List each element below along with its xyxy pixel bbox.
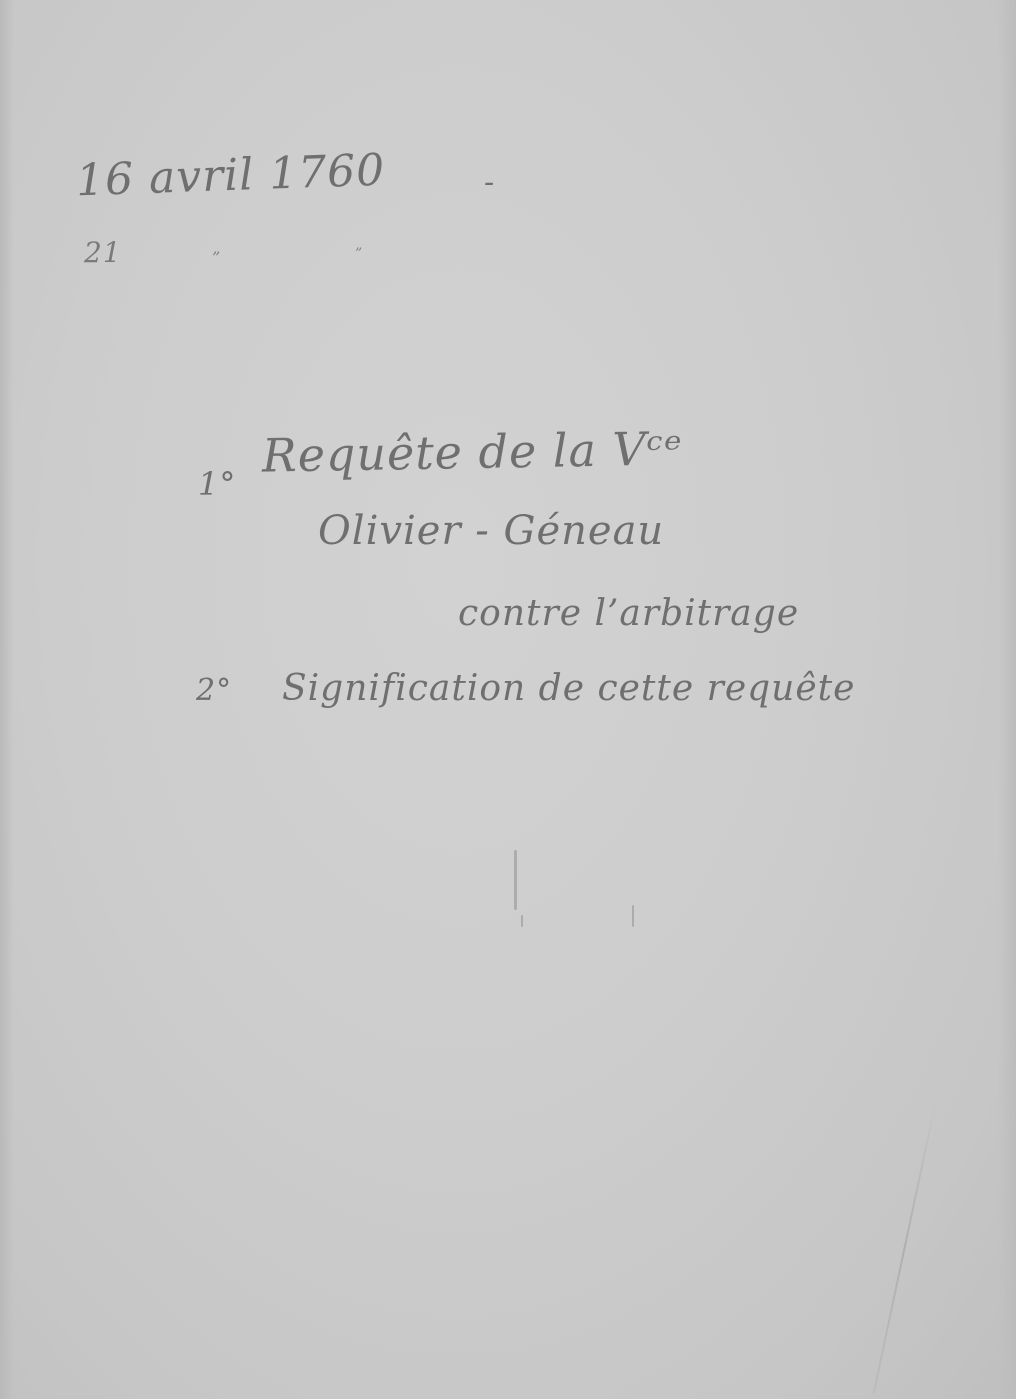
page-edge-shadow-left bbox=[0, 0, 14, 1399]
scanned-page: 16 avril 1760 - 21 ” ” 1° Requête de la … bbox=[0, 0, 1016, 1399]
page-edge-shadow-right bbox=[998, 0, 1016, 1399]
pencil-smudge bbox=[514, 850, 517, 910]
item-1-continuation-2: contre l’arbitrage bbox=[458, 593, 799, 634]
item-2-number: 2° bbox=[196, 673, 232, 708]
date-line-1: 16 avril 1760 bbox=[75, 145, 386, 207]
item-1-continuation: Olivier - Géneau bbox=[318, 508, 664, 554]
ditto-mark-month: ” bbox=[212, 248, 221, 267]
ditto-mark-year: ” bbox=[355, 246, 363, 262]
item-2-text: Signification de cette requête bbox=[282, 668, 855, 709]
item-1-number: 1° bbox=[198, 465, 236, 503]
pencil-smudge bbox=[521, 915, 523, 927]
date-line-2-day: 21 bbox=[84, 236, 122, 269]
date-trailing-mark: - bbox=[484, 165, 495, 200]
item-1-text: Requête de la Vᶜᵉ bbox=[262, 421, 684, 482]
pencil-smudge bbox=[632, 905, 634, 927]
paper-fold-line bbox=[873, 1100, 937, 1394]
